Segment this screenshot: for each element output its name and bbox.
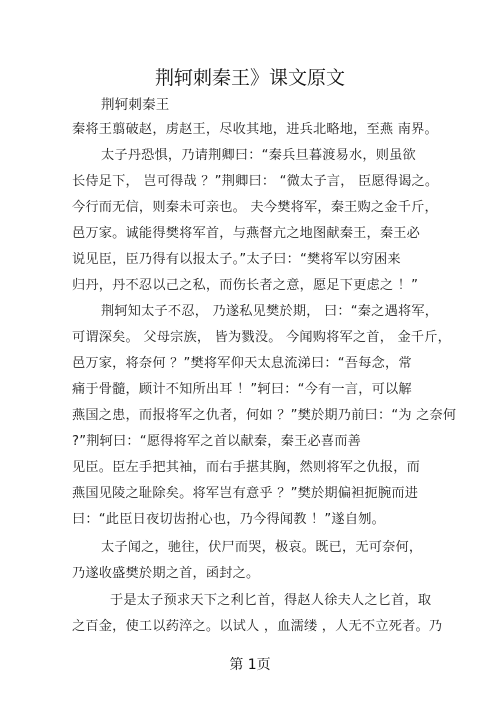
text-line: ?”荆轲曰：“愿得将军之首以献秦，秦王必喜而善: [72, 433, 361, 451]
text-line: 乃遂收盛樊於期之首，函封之。: [72, 565, 259, 583]
text-line: 邑万家。诚能得樊将军首，与燕督亢之地图献秦王，秦王必: [72, 225, 420, 243]
text-line: 曰：“此臣日夜切齿拊心也，乃今得闻教 ！”遂自刎。: [72, 511, 385, 529]
page-number: 第 1页: [0, 656, 500, 674]
document-subtitle: 荆轲刺秦王: [101, 96, 170, 114]
text-line: 太子丹恐惧，乃请荆卿曰：“秦兵旦暮渡易水，则虽欲: [101, 147, 416, 165]
document-page: 荆轲刺秦王》课文原文 荆轲刺秦王 秦将王翦破赵，虏赵王，尽收其地，进兵北略地，至…: [0, 0, 500, 708]
text-line: 归丹，丹不忍以己之私，而伤长者之意，愿足下更虑之 ！”: [72, 277, 418, 295]
text-line: 之百金，使工以药淬之。以试人 ，血濡缕 ，人无不立死者。乃: [72, 618, 442, 636]
text-line: 秦将王翦破赵，虏赵王，尽收其地，进兵北略地，至燕 南界。: [72, 121, 438, 139]
document-title: 荆轲刺秦王》课文原文: [0, 66, 500, 90]
text-line: 燕国之患，而报将军之仇者，何如 ？”樊於期乃前曰：“为 之奈何: [72, 407, 456, 425]
text-line: 邑万家，将奈何 ？”樊将军仰天太息流涕曰：“吾每念，常: [72, 355, 412, 373]
text-line: 长侍足下， 岂可得哉 ？”荆卿曰： “微太子言， 臣愿得谒之。: [72, 173, 438, 191]
text-line: 见臣。臣左手把其袖，而右手揕其胸，然则将军之仇报，而: [72, 459, 420, 477]
text-line: 今行而无信，则秦未可亲也。 夫今樊将军，秦王购之金千斤，: [72, 199, 438, 217]
text-line: 于是太子预求天下之利匕首，得赵人徐夫人之匕首，取: [110, 592, 431, 610]
text-line: 痛于骨髓，顾计不知所出耳 ！”轲曰：“今有一言，可以解: [72, 381, 412, 399]
text-line: 可谓深矣。 父母宗族， 皆为戮没。 今闻购将军之首， 金千斤，: [72, 329, 451, 347]
text-line: 说见臣，臣乃得有以报太子。”太子曰：“樊将军以穷困来: [72, 251, 401, 269]
text-line: 荆轲知太子不忍， 乃遂私见樊於期， 曰：“秦之遇将军，: [101, 303, 438, 321]
text-line: 燕国见陵之耻除矣。将军岂有意乎 ？”樊於期偏袒扼腕而进: [72, 485, 418, 503]
text-line: 太子闻之，驰往，伏尸而哭，极哀。既已，无可奈何，: [101, 539, 422, 557]
